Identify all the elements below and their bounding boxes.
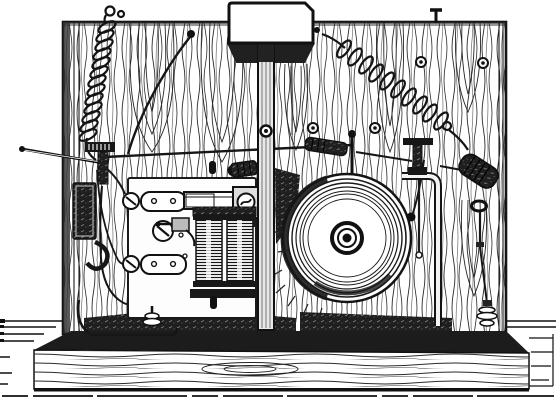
base-bottom-edge (34, 388, 529, 392)
wire-hook-knob (187, 30, 195, 38)
base-washer-stack (480, 320, 494, 326)
plate-slot (210, 296, 217, 309)
board-left-shadow-edge (63, 22, 70, 334)
plate-foot-washer (143, 319, 161, 326)
base-grain (34, 350, 529, 390)
engraving-stage (0, 0, 556, 399)
engraving-canvas (0, 0, 556, 399)
terminal-lug-top (123, 192, 186, 211)
electric-bell-engraving (0, 0, 556, 399)
keyhole-slot (209, 161, 216, 174)
mounting-plate (123, 178, 260, 326)
label-plate (229, 3, 313, 43)
pendulum-strip (258, 42, 274, 330)
coil-base-bar (190, 289, 260, 298)
lever-mount (98, 152, 108, 184)
terminal-lug-bottom (123, 255, 186, 274)
lever-tip (19, 146, 25, 152)
